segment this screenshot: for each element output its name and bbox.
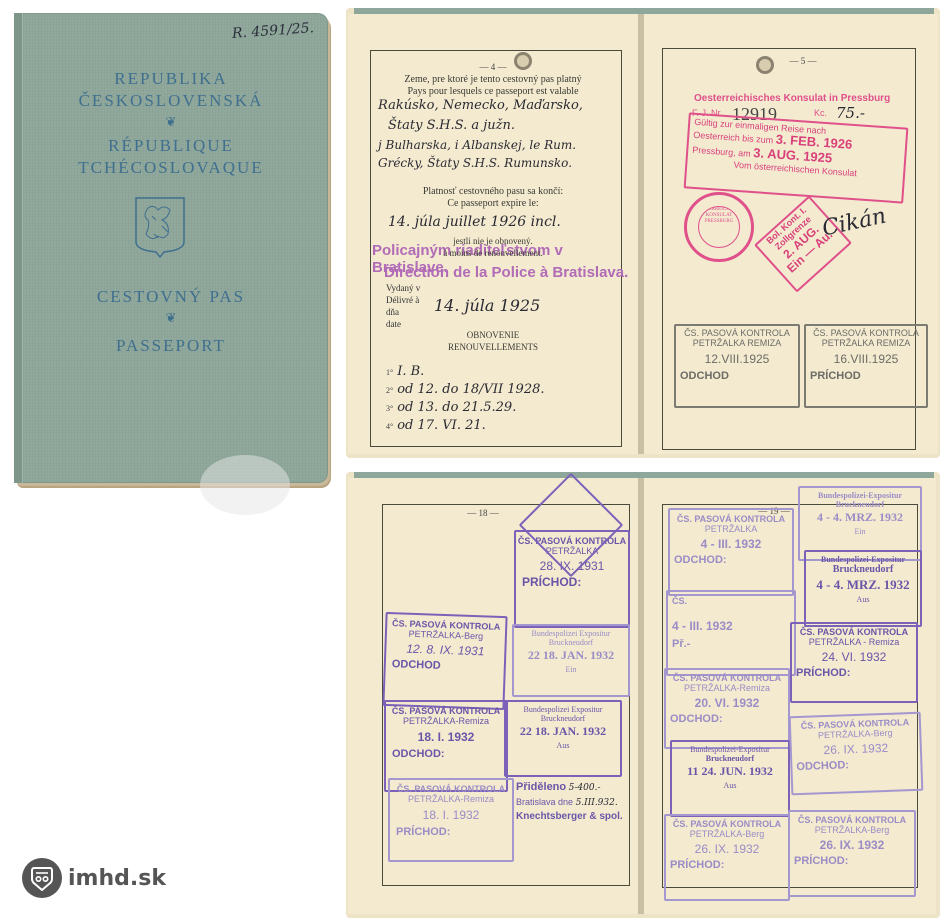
stamp-date: 18. I. 1932 — [390, 809, 512, 823]
countries-handwritten-1: Rakúsko, Nemecko, Maďarsko, — [378, 98, 583, 113]
stamp-date: 22 18. JAN. 1932 — [514, 649, 628, 663]
stamp-arrival-26-ix-1932-b: ČS. PASOVÁ KONTROLA PETRŽALKA-Berg 26. I… — [788, 810, 916, 897]
stamp-date: 16.VIII.1925 — [806, 353, 926, 367]
stamp-kind: PRÍCHOD: — [790, 855, 914, 868]
renewal-row: 1° I. B. — [386, 362, 616, 380]
stamp-line-1: Bundespolizei Expositur — [514, 629, 628, 638]
stamp-date: 22 18. JAN. 1932 — [506, 725, 620, 739]
cover-title-fr-2: TCHÉCOSLOVAQUE — [14, 158, 328, 178]
allocation-company: Knechtsberger & spol. — [516, 810, 623, 824]
stamp-line-1: ČS. PASOVÁ KONTROLA — [790, 815, 914, 825]
page-number: — 4 — — [348, 62, 638, 72]
issued-date-handwritten: 14. júla 1925 — [434, 296, 540, 315]
stamp-line-1: ČS. PASOVÁ KONTROLA — [666, 819, 788, 829]
stamp-exit-4-iii-1932: ČS. PASOVÁ KONTROLA PETRŽALKA 4 - III. 1… — [668, 508, 794, 596]
stamp-line-2: PETRŽALKA-Berg — [666, 829, 788, 839]
stamp-kind: PRÍCHOD: — [792, 667, 916, 680]
stamp-date: 26. IX. 1932 — [666, 843, 788, 857]
currency-allocation-stamp: Přiděleno 5-400.- Bratislava dne 5.III.9… — [516, 780, 623, 824]
stamp-line-1: ČS. PASOVÁ KONTROLA — [676, 328, 798, 338]
stamp-date: 26. IX. 1932 — [792, 740, 920, 758]
stamp-kind: ODCHOD: — [792, 757, 920, 774]
imhd-logo[interactable]: imhd.sk — [22, 858, 166, 898]
cover-passport-sk: CESTOVNÝ PAS — [14, 287, 328, 307]
imhd-pin-icon — [22, 858, 62, 898]
ornament-icon: ❦ — [14, 310, 328, 326]
ornament-icon: ❦ — [14, 114, 328, 130]
stamp-date: 24. VI. 1932 — [792, 651, 916, 665]
stamp-line-1: Bundespolizei-Expositur — [800, 491, 920, 500]
stamp-arrival-24-vi-1932: ČS. PASOVÁ KONTROLA PETRŽALKA - Remiza 2… — [790, 622, 918, 703]
page-5: — 5 — Oesterreichisches Konsulat in Pres… — [644, 14, 938, 454]
stamp-arrival-18-i-1932: ČS. PASOVÁ KONTROLA PETRŽALKA-Remiza 18.… — [388, 778, 514, 862]
stamp-line-1: ČS. PASOVÁ KONTROLA — [386, 706, 506, 716]
stamp-line-2: PETRŽALKA-Berg — [790, 825, 914, 835]
stamp-line-2: Bruckneudorf — [806, 564, 920, 576]
stamp-date: 18. I. 1932 — [386, 731, 506, 745]
renewal-row: 3° od 13. do 21.5.29. — [386, 398, 616, 416]
issued-labels: Vydaný v Délivré à dňa date — [386, 282, 420, 330]
police-stamp-line-2: Direction de la Police à Bratislava. — [384, 264, 628, 281]
renew-label-fr: à moins de renouvellement. — [348, 248, 638, 258]
date-label-fr: date — [386, 318, 420, 330]
countries-label-fr: Pays pour lesquels ce passeport est vala… — [348, 86, 638, 97]
imhd-brand-text: imhd.sk — [68, 866, 166, 891]
stamp-kind: Aus — [672, 781, 788, 790]
renewal-row: 2° od 12. do 18/VII 1928. — [386, 380, 616, 398]
stamp-date: 4 - 4. MRZ. 1932 — [806, 578, 920, 593]
stamp-line-1: Bundespolizei-Expositur — [672, 745, 788, 754]
stamp-kind: ODCHOD — [386, 658, 504, 675]
stamp-line-1: ČS. PASOVÁ KONTROLA — [666, 673, 788, 683]
validity-label-fr: Ce passeport expire le: — [348, 198, 638, 209]
stamp-kind: PRÍCHOD: — [666, 859, 788, 872]
stamp-line-2: Bruckneudorf — [800, 500, 920, 509]
allocation-place: Bratislava dne 5.III.932. — [516, 795, 623, 810]
cover-title-sk-1: REPUBLIKA — [14, 69, 328, 89]
countries-handwritten-3: j Bulharska, i Albanskej, le Rum. — [378, 138, 576, 152]
stamp-line-1: ČS. — [672, 596, 794, 606]
stamp-line-1: ČS. PASOVÁ KONTROLA — [670, 514, 792, 524]
page-number: — 5 — — [644, 56, 945, 66]
stamp-bruckneudorf-aus-mrz-1932: Bundespolizei-Expositur Bruckneudorf 4 -… — [804, 550, 922, 627]
stamp-date: 4 - III. 1932 — [672, 620, 794, 634]
stamp-kind: ODCHOD — [676, 370, 798, 383]
page-19: — 19 — ČS. PASOVÁ KONTROLA PETRŽALKA 4 -… — [644, 478, 936, 914]
stamp-kind: Aus — [506, 741, 620, 750]
stamp-kind: ODCHOD: — [670, 554, 792, 567]
stamp-bruckneudorf-aus-jun-1932: Bundespolizei-Expositur Bruckneudorf 11 … — [670, 740, 790, 817]
stamp-line-2: Bruckneudorf — [506, 714, 620, 723]
stamp-line-1: Bundespolizei-Expositur — [806, 555, 920, 564]
stamp-line-2: Bruckneudorf — [672, 754, 788, 763]
stamp-kind: Ein — [800, 527, 920, 536]
fee-label: Kc. — [814, 108, 827, 118]
stamp-kind: ODCHOD: — [386, 748, 506, 761]
stamp-line-1: ČS. PASOVÁ KONTROLA — [390, 784, 512, 794]
cover-title-fr-1: RÉPUBLIQUE — [14, 136, 328, 156]
stamp-exit-20-vi-1932: ČS. PASOVÁ KONTROLA PETRŽALKA-Remiza 20.… — [664, 668, 790, 749]
stamp-bruckneudorf-ein-1932: Bundespolizei Expositur Bruckneudorf 22 … — [512, 624, 630, 697]
cover-handwritten-number: R. 4591/25. — [231, 20, 314, 42]
stamp-bruckneudorf-aus-1932: Bundespolizei Expositur Bruckneudorf 22 … — [504, 700, 622, 777]
austrian-visa-stamp: Gültig zur einmaligen Reise nach Oesterr… — [684, 112, 909, 203]
stamp-line-2: PETRŽALKA — [670, 524, 792, 534]
countries-handwritten-4: Grécky, Štaty S.H.S. Rumunsko. — [378, 156, 572, 170]
stamp-date: 11 24. JUN. 1932 — [672, 765, 788, 779]
stamp-exit-28-ix-1931: ČS. PASOVÁ KONTROLA PETRŽALKA-Berg 12. 8… — [382, 612, 507, 710]
validity-label-sk: Platnosť cestovného pasu sa končí: — [348, 186, 638, 197]
visa-fee: 75.- — [836, 104, 865, 122]
stamp-date: 12. 8. IX. 1931 — [386, 642, 504, 660]
issued-label-fr: Délivré à — [386, 294, 420, 306]
stamp-line-2: Bruckneudorf — [514, 638, 628, 647]
countries-label-sk: Zeme, pre ktoré je tento cestovný pas pl… — [348, 74, 638, 85]
stamp-line-1: ČS. PASOVÁ KONTROLA — [806, 328, 926, 338]
seal-text: ÖSTERREICHISCHES KONSULAT PRESSBURG — [698, 206, 740, 248]
stamp-kind: Př.- — [672, 638, 794, 651]
stamp-arrival-26-ix-1932-a: ČS. PASOVÁ KONTROLA PETRŽALKA-Berg 26. I… — [664, 814, 790, 901]
stamp-line-2: PETRŽALKA-Remiza — [666, 683, 788, 693]
stamp-kind: PRÍCHOD: — [390, 826, 512, 839]
page-18: — 18 — ČS. PASOVÁ KONTROLA PETRŽALKA 28.… — [348, 478, 638, 914]
stamp-date: 4 - 4. MRZ. 1932 — [800, 511, 920, 525]
arrival-stamp-1925: ČS. PASOVÁ KONTROLA PETRŽALKA REMIZA 16.… — [804, 324, 928, 408]
spread-pages-4-5: — 4 — Zeme, pre ktoré je tento cestovný … — [346, 8, 940, 458]
stamp-line-1: Bundespolizei Expositur — [506, 705, 620, 714]
stamp-kind: PRÍCHOD — [806, 370, 926, 383]
stamp-date: 20. VI. 1932 — [666, 697, 788, 711]
allocation-line: Přiděleno 5-400.- — [516, 780, 623, 795]
stamp-line-2: PETRŽALKA - Remiza — [792, 637, 916, 647]
consulate-seal: ÖSTERREICHISCHES KONSULAT PRESSBURG — [684, 192, 754, 262]
stamp-date: 12.VIII.1925 — [676, 353, 798, 367]
stamp-kind: ODCHOD: — [666, 713, 788, 726]
date-label-sk: dňa — [386, 306, 420, 318]
consulate-title: Oesterreichisches Konsulat in Pressburg — [694, 93, 890, 104]
coat-of-arms-icon — [134, 196, 186, 258]
stamp-kind: Ein — [514, 665, 628, 674]
watermark-ghost — [200, 455, 290, 515]
stamp-line-2: PETRŽALKA REMIZA — [806, 338, 926, 348]
stamp-line-2: PETRŽALKA-Remiza — [390, 794, 512, 804]
stamp-line-2: PETRŽALKA-Remiza — [386, 716, 506, 726]
issued-label-sk: Vydaný v — [386, 282, 420, 294]
spread-pages-18-19: — 18 — ČS. PASOVÁ KONTROLA PETRŽALKA 28.… — [346, 472, 940, 918]
stamp-date: 4 - III. 1932 — [670, 538, 792, 552]
renewals-list: 1° I. B. 2° od 12. do 18/VII 1928. 3° od… — [386, 362, 616, 434]
stamp-date: 26. IX. 1932 — [790, 839, 914, 853]
renewals-title-fr: RENOUVELLEMENTS — [348, 342, 638, 352]
exit-stamp-1925: ČS. PASOVÁ KONTROLA PETRŽALKA REMIZA 12.… — [674, 324, 800, 408]
renewal-row: 4° od 17. VI. 21. — [386, 416, 616, 434]
validity-handwritten: 14. júla juillet 1926 incl. — [388, 214, 561, 230]
cover-title-sk-2: ČESKOSLOVENSKÁ — [14, 91, 328, 111]
stamp-arrival-4-iii-1932: ČS. 4 - III. 1932 Př.- — [666, 590, 796, 676]
stamp-line-1: ČS. PASOVÁ KONTROLA — [792, 627, 916, 637]
stamp-exit-26-ix-1932: ČS. PASOVÁ KONTROLA PETRŽALKA-Berg 26. I… — [789, 712, 924, 796]
countries-handwritten-2: Štaty S.H.S. a južn. — [388, 118, 515, 133]
stamp-kind: PRÍCHOD: — [516, 576, 628, 590]
stamp-kind: Aus — [806, 595, 920, 604]
cover-passport-fr: PASSEPORT — [14, 336, 328, 356]
renewals-title-sk: OBNOVENIE — [348, 330, 638, 340]
page-4: — 4 — Zeme, pre ktoré je tento cestovný … — [348, 14, 638, 454]
stamp-line-2: PETRŽALKA REMIZA — [676, 338, 798, 348]
passport-cover: R. 4591/25. REPUBLIKA ČESKOSLOVENSKÁ ❦ R… — [14, 13, 328, 483]
